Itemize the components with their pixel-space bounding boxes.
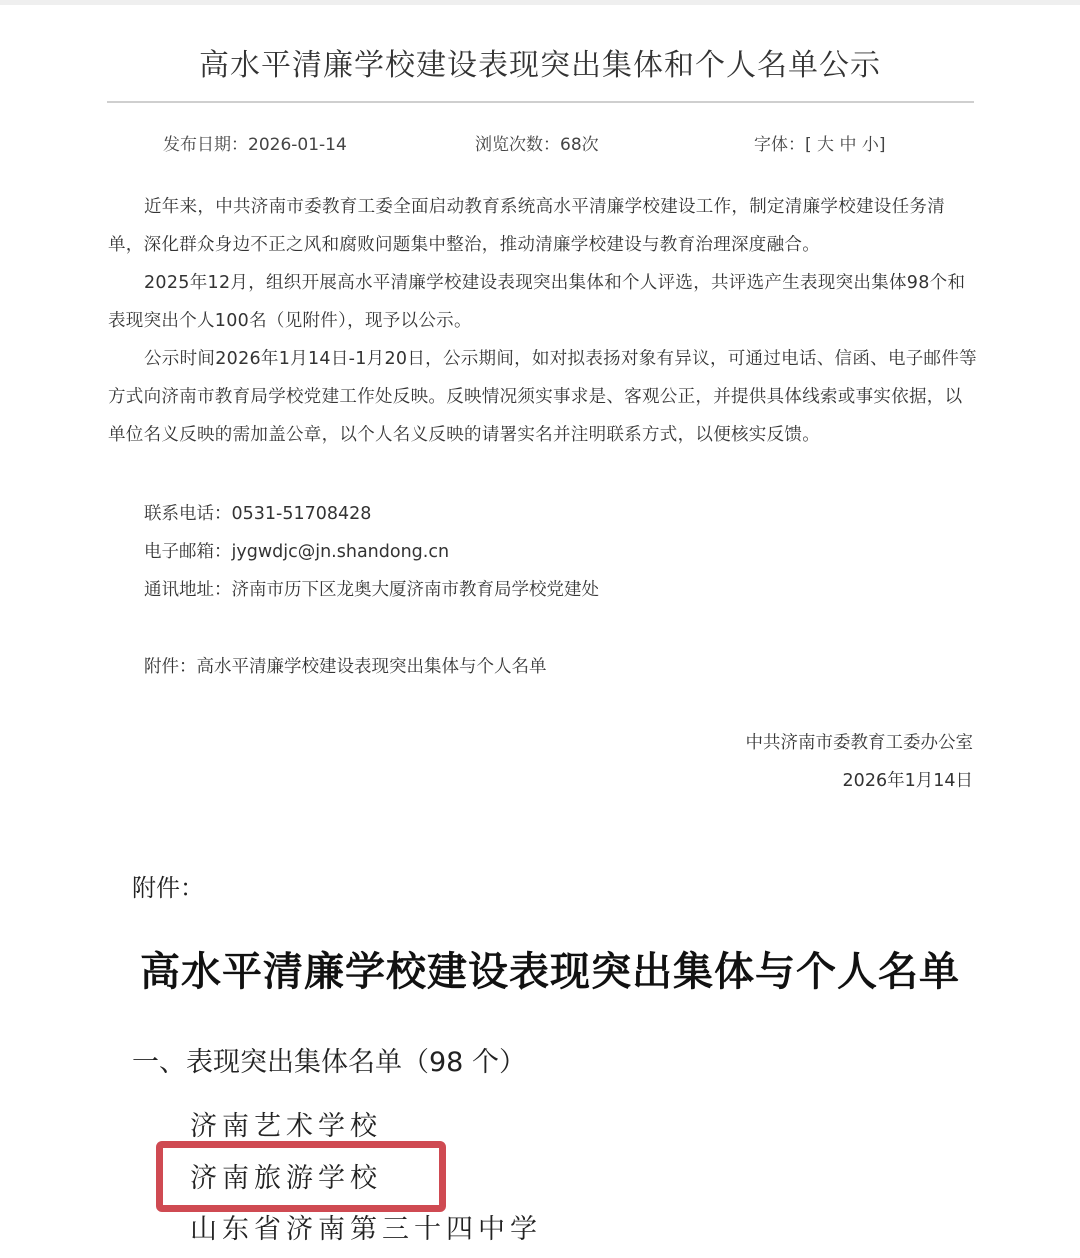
bracket-open: [ [805,135,812,155]
publish-date-label: 发布日期： [163,135,248,155]
page-title: 高水平清廉学校建设表现突出集体和个人名单公示 [0,40,1080,84]
font-size-label: 字体： [754,135,805,155]
font-medium-button[interactable]: 中 [839,135,856,155]
attachment-line-label: 附件： [144,657,197,677]
contact-phone-label: 联系电话： [144,504,232,524]
attachment-link[interactable]: 高水平清廉学校建设表现突出集体与个人名单 [197,657,547,677]
publish-date: 发布日期：2026-01-14 [163,130,347,155]
contact-email: 电子邮箱：jygwdjc@jn.shandong.cn [144,538,449,563]
view-count-value: 68次 [560,135,599,155]
title-divider [107,101,974,103]
view-count-label: 浏览次数： [475,135,560,155]
font-size-selector: 字体：[ 大 中 小] [754,130,886,155]
paragraph-selection: 2025年12月，组织开展高水平清廉学校建设表现突出集体和个人评选，共评选产生表… [108,264,978,340]
publish-date-value: 2026-01-14 [248,135,347,155]
contact-address-value: 济南市历下区龙奥大厦济南市教育局学校党建处 [232,580,600,600]
signature-date: 2026年1月14日 [843,767,973,792]
contact-address-label: 通讯地址： [144,580,232,600]
contact-address: 通讯地址：济南市历下区龙奥大厦济南市教育局学校党建处 [144,576,599,601]
attachment-line: 附件：高水平清廉学校建设表现突出集体与个人名单 [144,653,547,678]
signature-org: 中共济南市委教育工委办公室 [746,729,974,754]
top-strip [0,0,1080,5]
contact-email-label: 电子邮箱： [144,542,232,562]
list-item: 山东省济南第三十四中学 [190,1207,542,1246]
paragraph-intro: 近年来，中共济南市委教育工委全面启动教育系统高水平清廉学校建设工作，制定清廉学校… [108,188,978,264]
section-title-collectives: 一、表现突出集体名单（98 个） [132,1040,526,1079]
contact-phone: 联系电话：0531-51708428 [144,500,371,525]
font-small-button[interactable]: 小 [862,135,879,155]
attachment-title: 高水平清廉学校建设表现突出集体与个人名单 [0,940,1080,997]
contact-email-value[interactable]: jygwdjc@jn.shandong.cn [232,542,450,562]
bracket-close: ] [879,135,886,155]
font-large-button[interactable]: 大 [817,135,834,155]
list-item: 济南艺术学校 [190,1104,382,1143]
paragraph-notice-period: 公示时间2026年1月14日-1月20日，公示期间，如对拟表扬对象有异议，可通过… [108,340,978,454]
contact-phone-value: 0531-51708428 [232,504,372,524]
list-item-highlighted: 济南旅游学校 [190,1156,382,1195]
attachment-label: 附件： [132,868,204,903]
view-count: 浏览次数：68次 [475,130,599,155]
